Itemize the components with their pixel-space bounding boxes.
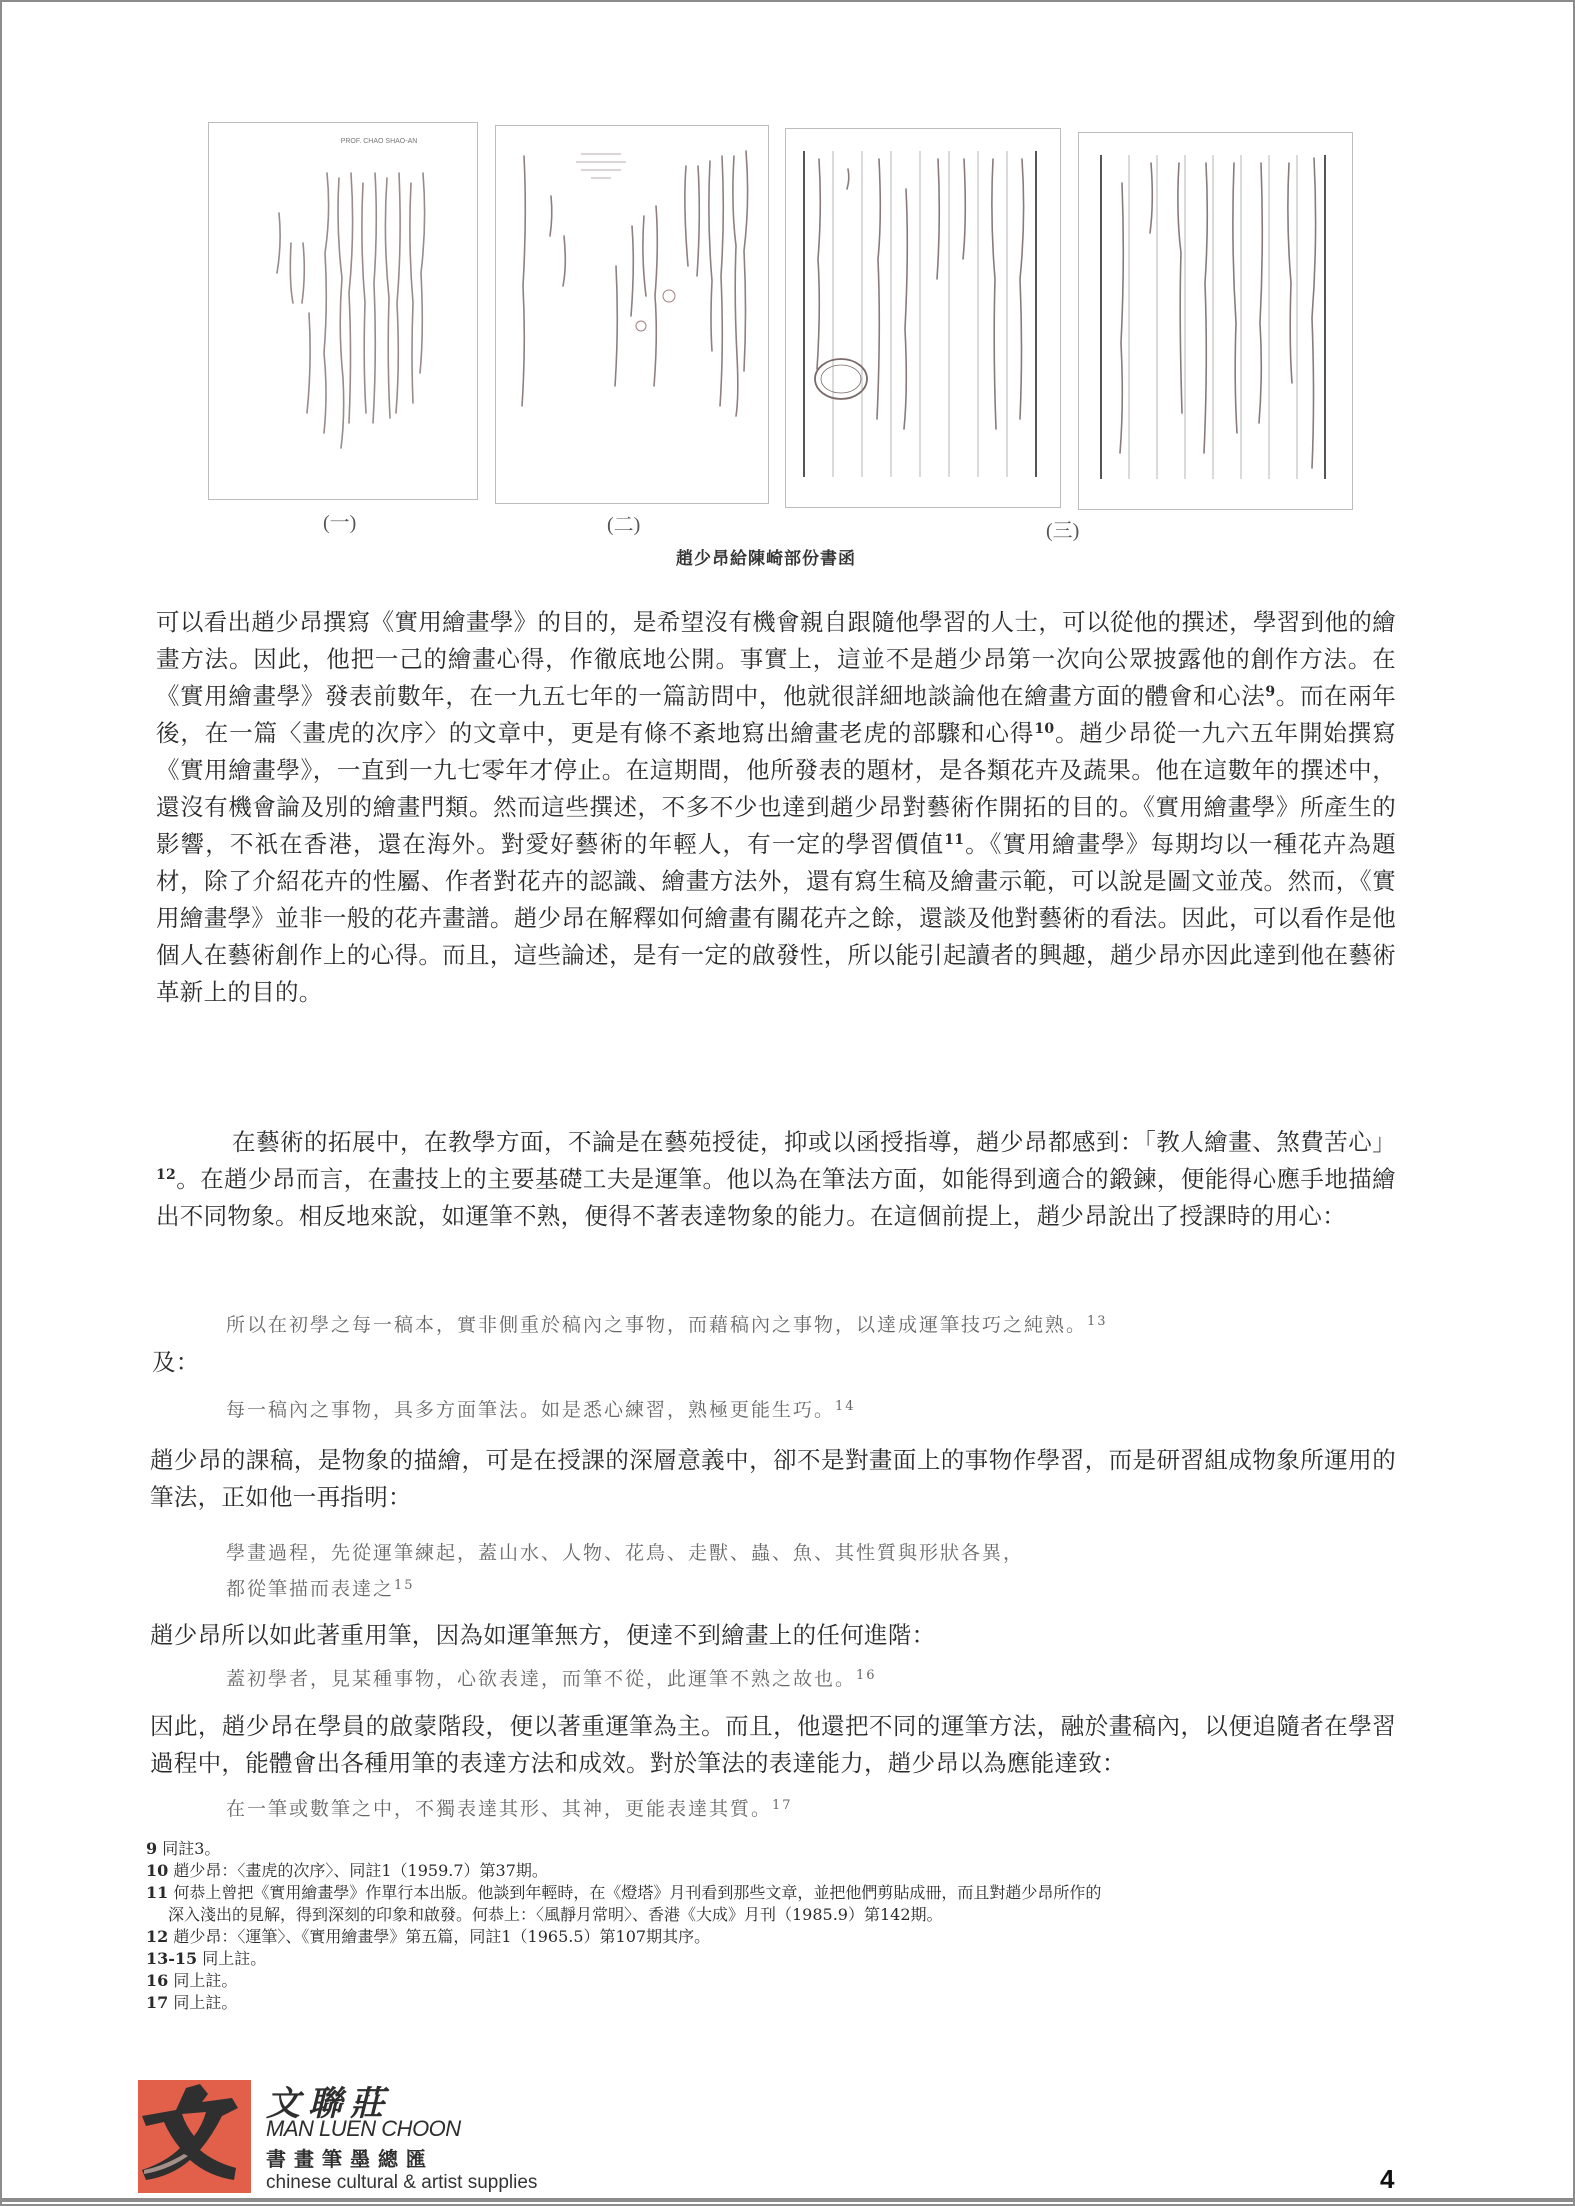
brand-logo-icon bbox=[138, 2080, 251, 2193]
figure-label-1: (一) bbox=[323, 506, 356, 535]
figure-caption: 趙少昂給陳崎部份書函 bbox=[676, 544, 856, 569]
footnote-ref-12[interactable]: 12 bbox=[156, 1167, 176, 1183]
paragraph-5: 因此，趙少昂在學員的啟蒙階段，便以著重運筆為主。而且，他還把不同的運筆方法，融於… bbox=[150, 1708, 1396, 1782]
paragraph-4: 趙少昂所以如此著重用筆，因為如運筆無方，便達不到繪畫上的任何進階： bbox=[150, 1617, 1390, 1654]
quote-14-text: 每一稿內之事物，具多方面筆法。如是悉心練習，熟極更能生巧。 bbox=[226, 1399, 835, 1421]
letter-image-1: PROF. CHAO SHAO-AN bbox=[208, 122, 478, 500]
figure-label-2: (二) bbox=[607, 508, 640, 537]
quote-13: 所以在初學之每一稿本，實非側重於稿內之事物，而藉稿內之事物，以達成運筆技巧之純熟… bbox=[226, 1310, 1108, 1337]
footnote-10: 10 趙少昂：〈畫虎的次序〉、同註1（1959.7）第37期。 bbox=[146, 1860, 1396, 1882]
footnote-12: 12 趙少昂：〈運筆〉、《實用繪畫學》第五篇，同註1（1965.5）第107期其… bbox=[146, 1926, 1396, 1948]
quote-17: 在一筆或數筆之中，不獨表達其形、其神，更能表達其質。17 bbox=[226, 1794, 793, 1821]
footnote-ref-11[interactable]: 11 bbox=[944, 832, 964, 848]
footnotes: 9 同註3。 10 趙少昂：〈畫虎的次序〉、同註1（1959.7）第37期。 1… bbox=[146, 1838, 1396, 2014]
letter-image-3a bbox=[785, 128, 1061, 508]
quote-16-text: 蓋初學者，見某種事物，心欲表達，而筆不從，此運筆不熟之故也。 bbox=[226, 1668, 856, 1690]
footnote-ref-17[interactable]: 17 bbox=[772, 1798, 793, 1813]
quote-15-line-1: 學畫過程，先從運筆練起，蓋山水、人物、花鳥、走獸、蟲、魚、其性質與形狀各異， bbox=[226, 1535, 1024, 1571]
footnote-ref-10[interactable]: 10 bbox=[1034, 721, 1054, 737]
quote-15-line-2: 都從筆描而表達之 bbox=[226, 1578, 394, 1600]
letter-image-3b bbox=[1078, 132, 1353, 510]
brand-tagline: chinese cultural & artist supplies bbox=[266, 2172, 537, 2194]
paragraph-2-text-b: 。在趙少昂而言，在畫技上的主要基礎工夫是運筆。他以為在筆法方面，如能得到適合的鍛… bbox=[156, 1165, 1396, 1230]
footnote-ref-16[interactable]: 16 bbox=[856, 1668, 877, 1683]
footnote-ref-15[interactable]: 15 bbox=[394, 1578, 415, 1593]
paragraph-2-text-a: 在藝術的拓展中，在教學方面，不論是在藝苑授徒，抑或以函授指導，趙少昂都感到：「教… bbox=[232, 1128, 1396, 1156]
figure-label-3: (三) bbox=[1046, 514, 1079, 543]
footnote-9: 9 同註3。 bbox=[146, 1838, 1396, 1860]
paragraph-1-text-a: 可以看出趙少昂撰寫《實用繪畫學》的目的，是希望沒有機會親自跟隨他學習的人士，可以… bbox=[156, 608, 1396, 710]
quote-15: 學畫過程，先從運筆練起，蓋山水、人物、花鳥、走獸、蟲、魚、其性質與形狀各異， 都… bbox=[226, 1535, 1024, 1607]
footnote-17: 17 同上註。 bbox=[146, 1992, 1396, 2014]
paragraph-3: 趙少昂的課稿，是物象的描繪，可是在授課的深層意義中，卻不是對畫面上的事物作學習，… bbox=[150, 1442, 1396, 1516]
quote-14: 每一稿內之事物，具多方面筆法。如是悉心練習，熟極更能生巧。14 bbox=[226, 1395, 856, 1422]
paragraph-2: 在藝術的拓展中，在教學方面，不論是在藝苑授徒，抑或以函授指導，趙少昂都感到：「教… bbox=[156, 1124, 1396, 1235]
brand-name-english: MAN LUEN CHOON bbox=[266, 2116, 461, 2142]
footnote-16: 16 同上註。 bbox=[146, 1970, 1396, 1992]
quote-16: 蓋初學者，見某種事物，心欲表達，而筆不從，此運筆不熟之故也。16 bbox=[226, 1664, 877, 1691]
footnote-11: 11 何恭上曾把《實用繪畫學》作單行本出版。他談到年輕時，在《燈塔》月刊看到那些… bbox=[146, 1882, 1396, 1904]
quote-13-text: 所以在初學之每一稿本，實非側重於稿內之事物，而藉稿內之事物，以達成運筆技巧之純熟… bbox=[226, 1314, 1087, 1336]
footnote-13-15: 13-15 同上註。 bbox=[146, 1948, 1396, 1970]
footnote-11-continued: 深入淺出的見解，得到深刻的印象和啟發。何恭上：〈風靜月常明〉、香港《大成》月刊（… bbox=[146, 1904, 1396, 1926]
and-label: 及： bbox=[152, 1344, 1392, 1381]
page-number: 4 bbox=[1380, 2164, 1394, 2195]
quote-17-text: 在一筆或數筆之中，不獨表達其形、其神，更能表達其質。 bbox=[226, 1798, 772, 1820]
paragraph-1: 可以看出趙少昂撰寫《實用繪畫學》的目的，是希望沒有機會親自跟隨他學習的人士，可以… bbox=[156, 604, 1396, 1011]
letter-image-2 bbox=[495, 125, 769, 504]
footnote-ref-14[interactable]: 14 bbox=[835, 1399, 856, 1414]
footnote-ref-13[interactable]: 13 bbox=[1087, 1314, 1108, 1329]
letterhead-text: PROF. CHAO SHAO-AN bbox=[341, 138, 418, 145]
bottom-border bbox=[0, 2198, 1575, 2202]
brand-subtitle: 書畫筆墨總匯 bbox=[266, 2143, 434, 2172]
footnote-ref-9[interactable]: 9 bbox=[1265, 684, 1275, 700]
